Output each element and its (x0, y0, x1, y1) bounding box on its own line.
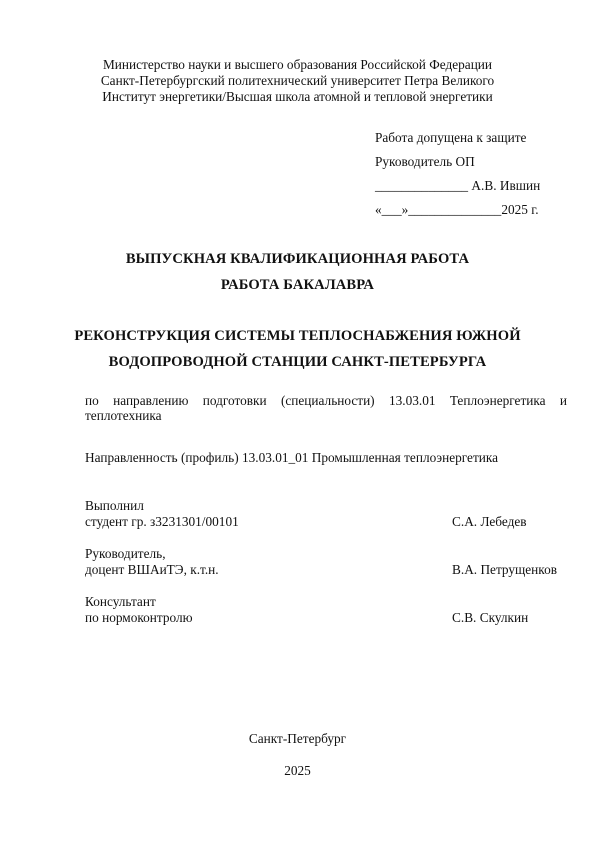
consultant-name: С.В. Скулкин (452, 610, 528, 626)
student-name: С.А. Лебедев (452, 514, 527, 530)
consultant-area: по нормоконтролю (85, 610, 193, 625)
footer-city: Санкт-Петербург (0, 731, 595, 746)
thesis-title-line2: ВОДОПРОВОДНОЙ СТАНЦИИ САНКТ-ПЕТЕРБУРГА (0, 354, 595, 371)
ministry-name: Министерство науки и высшего образования… (0, 57, 595, 73)
approval-admitted: Работа допущена к защите (375, 130, 526, 146)
student-group: студент гр. з3231301/00101 (85, 514, 239, 529)
supervisor-name: В.А. Петрущенков (452, 562, 557, 578)
thesis-title-line1: РЕКОНСТРУКЦИЯ СИСТЕМЫ ТЕПЛОСНАБЖЕНИЯ ЮЖН… (0, 328, 595, 345)
direction-line1: по направлению подготовки (специальности… (85, 393, 567, 409)
institute-name: Институт энергетики/Высшая школа атомной… (0, 89, 595, 105)
student-role: Выполнил (85, 498, 144, 513)
approval-head-title: Руководитель ОП (375, 154, 475, 170)
consultant-role: Консультант (85, 594, 156, 609)
supervisor-role: Руководитель, (85, 546, 166, 561)
work-type-line1: ВЫПУСКНАЯ КВАЛИФИКАЦИОННАЯ РАБОТА (0, 251, 595, 268)
approval-head-signature: ______________ А.В. Ившин (375, 178, 540, 194)
supervisor-position: доцент ВШАиТЭ, к.т.н. (85, 562, 219, 577)
footer-year: 2025 (0, 763, 595, 778)
work-type-line2: РАБОТА БАКАЛАВРА (0, 277, 595, 294)
profile: Направленность (профиль) 13.03.01_01 Про… (85, 450, 498, 465)
direction-line2: теплотехника (85, 408, 162, 423)
university-name: Санкт-Петербургский политехнический унив… (0, 73, 595, 89)
approval-date-line: «___»______________2025 г. (375, 202, 539, 218)
